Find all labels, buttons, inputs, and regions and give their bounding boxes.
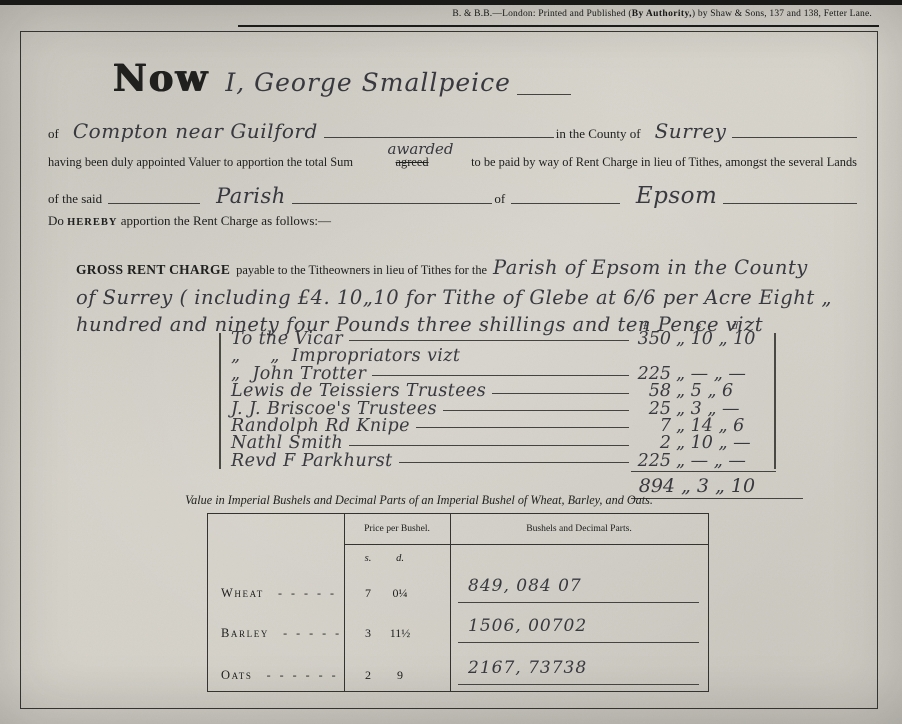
correction-wrap: awarded agreed: [396, 155, 429, 170]
bushels-header: Bushels and Decimal Parts.: [450, 523, 708, 534]
by-authority-text: By Authority,: [632, 9, 692, 19]
right-bracket-line: [774, 333, 776, 469]
payee-name: Revd F Parkhurst: [231, 451, 393, 471]
price-shillings: 2: [354, 668, 382, 683]
gross-handwritten-1: Parish of Epsom in the County: [493, 254, 808, 281]
grain-name: Wheat - - - - -: [221, 586, 334, 601]
amount: 225„ — „ —: [631, 451, 776, 472]
inserted-word-handwritten: awarded: [388, 140, 454, 158]
price-pence: 0¼: [384, 586, 416, 601]
rule-filler: [399, 462, 629, 463]
price-shillings: 3: [354, 626, 382, 641]
grain-label: Barley: [221, 626, 269, 640]
grain-price-table: Price per Bushel. Bushels and Decimal Pa…: [207, 513, 709, 692]
do-word: Do: [48, 213, 64, 228]
list-item: J. J. Briscoe's Trustees 25„ 3 „ —: [219, 399, 776, 416]
rule-filler: [517, 94, 571, 95]
photo-edge-strip: [0, 0, 902, 5]
rule-filler: [108, 203, 200, 204]
grain-dashes: - - - - -: [278, 586, 334, 600]
gross-lead-rest: payable to the Titheowners in lieu of Ti…: [236, 257, 487, 284]
list-item: „ John Trotter 225„ — „ —: [219, 364, 776, 381]
of-label-2: of: [494, 191, 505, 207]
price-pence: 11½: [384, 626, 416, 641]
pence-column-label: d.: [384, 553, 416, 564]
list-item: Revd F Parkhurst 225„ — „ —: [219, 451, 776, 468]
amount: 350„ 10 „ 10: [631, 329, 776, 349]
amount-pounds: 350: [631, 329, 671, 349]
rule-filler: [416, 427, 629, 428]
rule-filler: [443, 410, 629, 411]
gross-handwritten-2: of Surrey ( including £4. 10„10 for Tith…: [76, 284, 842, 311]
publisher-imprint: B. & B.B.—London: Printed and Published …: [452, 9, 872, 19]
parish-name-handwritten: Epsom: [636, 183, 717, 209]
residence-place-handwritten: Compton near Guilford: [73, 119, 318, 143]
table-row: Barley - - - - - 3 11½ 1506, 00702: [208, 620, 708, 650]
rule-filler: [732, 137, 857, 138]
rule-filler: [324, 137, 554, 138]
table-row: Oats - - - - - - 2 9 2167, 73738: [208, 662, 708, 692]
amount-rest: „ 10 „ 10: [676, 329, 755, 349]
bushel-value-caption: Value in Imperial Bushels and Decimal Pa…: [21, 493, 817, 508]
parish-word-handwritten: Parish: [216, 184, 286, 208]
rule-filler: [292, 203, 493, 204]
amount-rest: „ — „ —: [676, 451, 746, 471]
apportionment-list: £ s d To the Vicar 350„ 10 „ 10 „ „ Impr…: [219, 329, 776, 468]
of-label: of: [48, 126, 59, 142]
grain-label: Wheat: [221, 586, 264, 600]
table-header-rule: [344, 544, 708, 545]
hereby-rest: apportion the Rent Charge as follows:—: [121, 213, 331, 228]
bushel-value-handwritten: 2167, 73738: [458, 658, 699, 685]
bushel-value-handwritten: 849, 084 07: [458, 576, 699, 603]
pence-symbol: d: [732, 321, 738, 332]
list-item: Nathl Smith 2„ 10 „ —: [219, 433, 776, 450]
gross-rent-charge-heading: GROSS RENT CHARGE: [76, 256, 230, 283]
parish-line: of the said Parish of Epsom: [48, 183, 859, 209]
appointment-line: having been duly appointed Valuer to app…: [48, 155, 857, 170]
publisher-text-suffix: ) by Shaw & Sons, 137 and 138, Fetter La…: [692, 9, 872, 19]
now-blackletter-word: Now: [113, 56, 209, 100]
grain-label: Oats: [221, 668, 252, 682]
list-item: To the Vicar 350„ 10 „ 10: [219, 329, 776, 346]
appointment-text-before: having been duly appointed Valuer to app…: [48, 155, 353, 170]
publisher-rule: [238, 25, 879, 27]
amount-pounds: 225: [631, 451, 671, 471]
price-shillings: 7: [354, 586, 382, 601]
pounds-symbol: £: [643, 321, 649, 332]
of-the-said-label: of the said: [48, 191, 102, 207]
rule-filler: [372, 375, 629, 376]
grain-name: Oats - - - - - -: [221, 668, 336, 683]
scanned-tithe-apportionment-document: B. & B.B.—London: Printed and Published …: [0, 0, 902, 724]
grain-name: Barley - - - - -: [221, 626, 339, 641]
table-row: Wheat - - - - - 7 0¼ 849, 084 07: [208, 580, 708, 610]
gross-rent-charge-paragraph: GROSS RENT CHARGE payable to the Titheow…: [76, 254, 842, 338]
list-item: Randolph Rd Knipe 7„ 14 „ 6: [219, 416, 776, 433]
document-border-frame: Now I, George Smallpeice of Compton near…: [20, 31, 878, 709]
county-label: in the County of: [556, 126, 641, 142]
opening-declaration-line: Now I, George Smallpeice: [113, 56, 573, 100]
shillings-symbol: s: [696, 321, 701, 332]
rule-filler: [349, 445, 629, 446]
list-item: Lewis de Teissiers Trustees 58„ 5 „ 6: [219, 381, 776, 398]
publisher-text-prefix: B. & B.B.—London: Printed and Published …: [452, 9, 631, 19]
appointment-text-after: to be paid by way of Rent Charge in lieu…: [471, 155, 857, 170]
price-per-bushel-header: Price per Bushel.: [344, 523, 450, 534]
left-bracket-line: [219, 333, 221, 469]
grain-dashes: - - - - -: [283, 626, 339, 640]
gross-line-1: GROSS RENT CHARGE payable to the Titheow…: [76, 254, 842, 284]
rule-filler: [492, 393, 629, 394]
hereby-word: HEREBY: [67, 217, 117, 228]
grain-dashes: - - - - - -: [267, 668, 336, 682]
price-pence: 9: [384, 668, 416, 683]
rule-filler: [511, 203, 620, 204]
shillings-column-label: s.: [354, 553, 382, 564]
rule-filler: [349, 340, 629, 341]
county-name-handwritten: Surrey: [655, 119, 727, 143]
valuer-name-handwritten: I, George Smallpeice: [225, 68, 511, 97]
hereby-line: Do HEREBY apportion the Rent Charge as f…: [48, 213, 331, 229]
rule-filler: [723, 203, 857, 204]
bushel-value-handwritten: 1506, 00702: [458, 616, 699, 643]
